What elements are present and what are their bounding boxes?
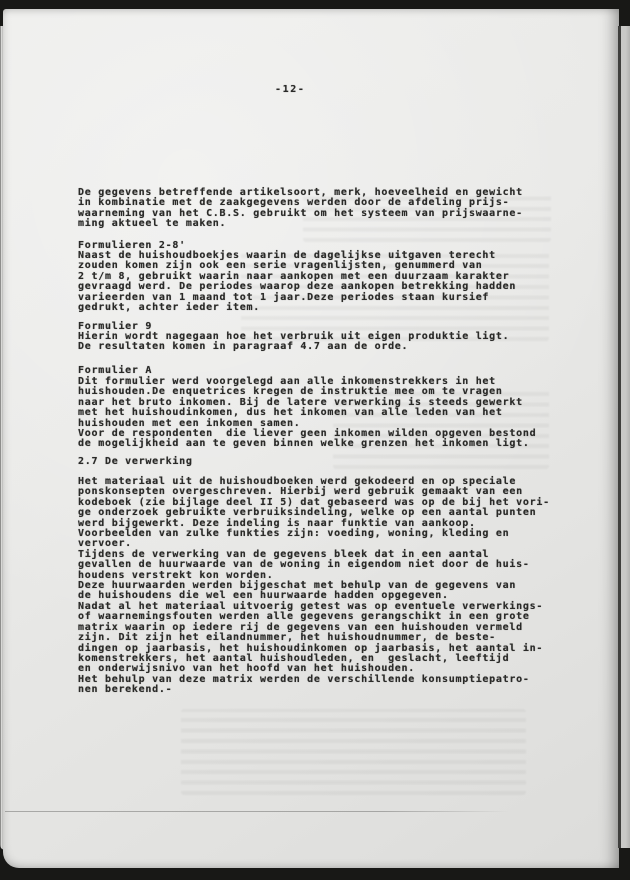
scan-background: -12- De gegevens betreffende artikelsoor… [0,0,630,880]
heading-2-7-de-verwerking: 2.7 De verwerking [78,457,193,467]
paragraph-formulieren-2-8: Naast de huishoudboekjes waarin de dagel… [78,251,516,313]
page-number: -12- [275,85,305,95]
paragraph-formulier-a: Dit formulier werd voorgelegd aan alle i… [78,377,536,450]
document-text-layer: -12- De gegevens betreffende artikelsoor… [0,0,630,880]
paragraph-formulier-9: Hierin wordt nagegaan hoe het verbruik u… [78,332,509,353]
paragraph-de-verwerking: Het materiaal uit de huishoudboeken werd… [78,477,550,696]
heading-formulier-a: Formulier A [78,366,152,376]
paragraph-intro: De gegevens betreffende artikelsoort, me… [78,188,523,230]
